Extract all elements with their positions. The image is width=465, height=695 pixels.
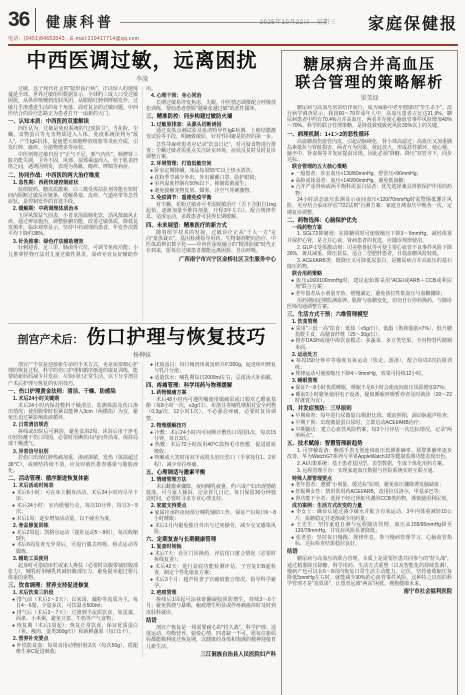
header-bottom-rule [8,44,458,46]
section-heading: 五、心理调适与激素平衡 [146,470,276,476]
article-paragraph: 高血糖损伤血管内皮，引起动脉硬化、肾小球高滤过；高血压又加重胰岛素抵抗与肾脏损害… [287,139,452,164]
sub-heading: 1. 饮食管理 [287,319,452,325]
bullet-item: ● 恢复期（术后1周起）：恢复正常饮食，保证优质蛋白（鱼、瘦肉、蛋类300g/日… [8,623,138,635]
article-allergy: 中西医调过敏，远离困扰 李凌 过敏，这个现代社会的"隐形流行病"，正以惊人的速度… [8,50,276,319]
bullet-item: ● 补铁防贫血：每周食用动物肝脏2次（每次50g），搭配维生素C促进吸收； [8,643,138,655]
bullet-item: ● 术后6小时：可在床上翻身活动，术后24小时内尽早下床； [8,490,138,502]
sub-heading: 成功案例：生活方式改变的力量 [287,503,452,509]
article-paragraph: 西医认为，过敏是免疫系统的"过度防卫"。当花粉、尘螨、食物蛋白等无害物质进入人体… [8,126,138,151]
section-heading: 五、技术赋能：智慧管理新趋势 [287,441,452,447]
article-paragraph: 长期过敏易伴发焦虑、失眠。中医情志调摄配合呼吸放松训练，帮助患者摆脱"越紧张越过… [146,100,276,112]
bullet-item: ● 术后6周复查无异常后，可进行腹式呼吸、桥式运动等锻炼。 [8,542,138,554]
article-body: 剖宫产不仅是迎接新生命的手术方式，更是需要精心护理的恢复过程。科学的伤口护理和循… [8,362,276,658]
article-paragraph: 术后48小时内可遵医嘱使用镇痛泵或口服对乙酰氨基酚（每8小时一次，≤3g/日）、… [146,397,276,422]
article-title-block: 糖尿病合并高血压 联合管理的策略解析 梁美绿 [287,56,452,102]
sub-heading: 联合用药策略 [287,271,452,277]
article-kicker: 剖宫产术后： [17,331,83,347]
sub-heading: 1. 复查时间轴 [146,544,276,550]
article-paragraph: 对尘螨、花粉过敏者可考虑脱敏治疗（舌下含服自1mg起始，逐渐加量至维持剂量，疗程… [146,202,276,221]
sub-heading: 2. 日常清洁规范 [8,422,138,428]
article-author: 梁美绿 [287,93,452,102]
sub-heading: 3. 免疫调节：重建免疫平衡 [146,195,276,201]
article-title-line: 剖宫产术后： 伤口护理与恢复技巧 [8,327,276,349]
bullet-item: ● 张老伯：坚持每日慢跑、规律作息，参与慢病管理学习，心脑血管指标、达标检查结果… [287,535,452,547]
section-heading: 一、认知本质：中西医的双重解读 [8,119,138,125]
bullet-item: ● 术后1月内避免独自外出与过度操劳，减少交叉感染风险。 [146,523,276,535]
bullet-item: ● 术后42天：进行盆底功能检测评估、子宫复旧B超检查，制定个性化康复方案； [146,564,276,576]
article-title-block: 剖宫产术后： 伤口护理与恢复技巧 杨柳妹 [8,327,276,359]
article-title-block: 中西医调过敏，远离困扰 李凌 [8,50,276,83]
bullet-item: ● 妊娠期女性：禁用常用药ACEI/ARB，改用拉贝洛尔、甲基多巴等； [287,489,452,495]
article-paragraph: 1. 可穿戴设备：腕部手表无创连续血压监测准确率、预警准确率逐步改善，华为Wat… [287,448,452,460]
bullet-item: ● 合并严重肾病或两平衡科需蛋白尿者：优先选择兼具肾脏保护作用的药物； [287,184,452,196]
article-diabetes-hypertension: 糖尿病合并高血压 联合管理的策略解析 梁美绿 糖尿病与高血压常常结伴而行，成为威… [281,50,458,695]
bullet-item: ● 李女士：确诊后通过减少碳水并配合有氧运动，3年内体重减轻15公斤，血糖稳定并… [287,509,452,521]
bullet-item: ● 家属应承担夜间部分哺乳辅助工作，保证产妇每日6～8小时睡眠； [146,510,276,522]
bullet-item: ● 排气前（术后1～2天）：以米汤、藕粉等流质为主，每日4～6餐，少量多次，可饮… [8,597,138,609]
sub-heading: 特殊人群管理要点 [287,476,452,482]
masthead-title: 家庭保健报 [368,11,458,34]
bullet-item: ● 老年患者从小剂量开始，缓慢滴定，避免体位性低血压与血糖骤降； [287,291,452,297]
bullet-item: ● 术后7天：社区门诊换药，评估伤口愈合情况（必要时拆线复查）； [146,551,276,563]
article-title: 中西医调过敏，远离困扰 [8,50,276,73]
article-paragraph: 若伤口出现红肿热痛加重、渗液渗脓、发热（体温超过38℃），或硬结持续不消，应及时… [8,455,138,474]
section-heading: 结语 [287,549,452,555]
bullet-item: ● 术后1周：逐步增加活动量，以不疲劳为度。 [8,516,138,522]
article-author: 杨柳妹 [8,350,276,359]
section-title: 健康科普 [46,12,114,32]
bullet-item: ● 早期干预：出现微量蛋白尿时，立即启动ACEI/ARB治疗； [287,420,452,426]
bullet-item: ● 优质蛋白：每日瘦肉鱼禽蛋奶共约300g，促进组织修复与乳汁分泌； [146,362,276,374]
sub-heading: 4. 心理干预：身心同治 [146,93,276,99]
article-title: 伤口护理与恢复技巧 [86,327,266,349]
article-paragraph: 糖尿病与高血压的联合管理，本质上是需要医患共同参与的"持久战"。通过精准降压降糖… [287,556,452,587]
bullet-item: ● 每周150分钟中等强度有氧运动（快走、游泳），配合每周2次抗阻训练； [287,358,452,370]
page-header: 36 健康科普 2025年10月22日 星期三 家庭保健报 [8,8,458,34]
section-heading: 六、定期复查与长期健康管理 [146,537,276,543]
bullet-item: ● 老年患者：遵循"小剂量、缓达标"原则，避免血压骤降诱发脑缺血； [287,482,452,488]
bullet-item: ● 保证7～8小时优质睡眠，睡眠不足6小时会使夜间血压风险增加37%； [287,385,452,391]
section-heading: 四、并发症预防：三早原则 [287,406,452,412]
sub-heading: 3. 针灸推拿：绿色疗法辅助增效 [8,239,138,245]
page-number: 36 [8,8,36,32]
bullet-item: ● 高龄或体弱者：血压<140/90mmHg，避免低血糖； [287,178,452,184]
section-heading: 三、饮食调理：营养支持促进修复 [8,583,138,589]
article-paragraph: 2. AI决策系统：基于患者基因型、表型数据，生成个体化用药方案。 [287,461,452,467]
article-title-line1: 糖尿病合并高血压 [287,56,452,74]
article-paragraph: 抗组胺药、糖皮质激素、白三烯受体拮抗剂等能在短时间内阻断过敏反应链条，缓解鼻塞、… [8,187,138,206]
sub-heading: 1. 药物镇痛方案 [146,390,276,396]
section-heading: 四、疼痛管理：科学用药与物理缓解 [146,383,276,389]
bullet-item: ● 血压≥160/100mmHg时，建议起始即采用"ACEI或ARB＋CCB或利… [287,278,452,290]
sub-heading: 联合管理的五大核心策略 [287,164,452,170]
sub-heading: 1. 过敏原排查：从源头切断诱因 [146,122,276,128]
bullet-item: ● 卧室定期除螨，床品每周55℃以上热水清洗； [146,168,276,174]
article-paragraph: 随着组学技术的发展，过敏诊疗正从"千人一方"走向"量体裁衣"。基因检测指导用药、… [146,230,276,255]
bullet-item: ● 排气后（术后3～7天）：过渡到半流质饮食，如蛋羹、面条、小米粥，避免豆浆、牛… [8,610,138,622]
article-paragraph: 用药期间定期监测血钾、肌酐与血糖变化，切勿自行停药换药，与随诊医师沟通调整方案。 [287,298,452,310]
article-paragraph: 术后雌激素骤降、夜间哺乳疲惫，约六成产妇出现情绪低落。可与家人倾诉、记录育儿日记… [146,484,276,503]
sub-heading: 2. 物理缓解技巧 [146,423,276,429]
bullet-item: ● 早期随访：建立心血管风险档案，每3个月评估一次达标情况，记录"两率两点"。 [287,427,452,439]
sub-heading: 2. 环境管理：打造低敏空间 [146,161,276,167]
section-heading: 二、药物选择：心脑保护优先 [287,218,452,224]
section-heading: 三、生活方式干预：六维管理模型 [287,312,452,318]
sub-heading: 1. 术后活动时间表 [8,483,138,489]
bullet-item: ● 适量饮水：哺乳期每日2000ml左右，忌浓汤大补油腻。 [146,375,276,381]
sub-heading: 3. 辅助工具使用 [8,556,138,562]
newspaper-page: 36 健康科普 2025年10月22日 星期三 家庭保健报 电话：(0451)8… [0,0,465,695]
article-paragraph: 术后24小时内保持敷料干燥清洁，监测体温及伤口渗出情况；使用腹带时松紧以能伸入3… [8,403,138,422]
article-paragraph: 通过皮肤点刺试验及血清特异性IgE检测、上睑结膜激发试验等手段，明确致敏原，针对… [146,128,276,140]
article-attribution: 广西南宁市兴宁区金桥社区卫生服务中心 [146,257,276,263]
left-column-zone: 中西医调过敏，远离困扰 李凌 过敏，这个现代社会的"隐形流行病"，正以惊人的速度… [8,50,276,695]
sub-heading: 1. 情绪管理方法 [146,477,276,483]
article-paragraph: 剖宫产不仅是迎接新生命的手术方式，更是需要精心护理的恢复过程。科学的伤口护理和循… [8,362,138,387]
section-heading: 一、病理机制：1+1＞2的恶性循环 [287,132,452,138]
sub-heading: 2. 缓解期：中药调理体质治本 [8,206,138,212]
article-paragraph: 1. SGLT2抑制剂：在降糖同时可使收缩压下降3～5mmHg，减轻体重并保护心… [287,231,452,243]
bullet-item: ● 睡前2小时避免使用电子设备，疑似睡眠呼吸暂停者及时就诊（20～22时就寝为宜… [287,392,452,404]
article-paragraph: 剖宫产恢复是一场需要耐心的"持久战"。科学护理、适度运动、均衡营养、愉悦心情，四… [146,625,276,650]
article-body: 过敏，这个现代社会的"隐形流行病"，正以惊人的速度蔓延全球。世界过敏组织数据显示… [8,86,276,319]
sub-heading: 2. 骨盆修复训练 [8,523,138,529]
bullet-item: ● 肾功能不全者：选择不经过肾脏代谢的CCB类药物，谨慎使用利尿剂。 [287,496,452,502]
section-heading: 三、精准防控：同步构建过敏防火墙 [146,114,276,120]
article-paragraph: 3. 远程管理平台：实现家庭血压数据与医院系统实时互联互通。 [287,468,452,474]
section-heading: 四、未来展望：精准医疗的新方式 [146,223,276,229]
article-divider [8,323,276,324]
bullet-item: ● 推荐DASH或地中海饮食模式：多蔬菜、多豆类坚果、全谷物替代精制米面。 [287,338,452,350]
article-attribution: 南宁市社会福利医院 [287,589,452,595]
article-paragraph: 玉屏风散益气固表，小青龙汤温肺化饮，消风散疏风止痒。通过辨证施治，调整脏腑功能，… [8,213,138,238]
date-text: 2025年10月22日 星期三 [260,17,336,26]
article-paragraph: 急性荨麻疹患者应记录"饮食日记"，对可疑食物进行排查；尘螨过敏者需重点关注卧室环… [146,142,276,161]
article-paragraph: 2. GLP-1受体激动剂：司美格鲁肽等可使主要心血管不良事件风险下降26%，兼… [287,245,452,257]
sub-heading: 1. 术后饮食三阶段 [8,590,138,596]
bullet-item: ● 术后3个月：超声检查子宫瘢痕愈合情况，指导科学避孕。 [146,577,276,589]
bullet-item: ● 室内湿度控制在50%以下，抑制霉菌滋生； [146,181,276,187]
article-paragraph: 过敏，这个现代社会的"隐形流行病"，正以惊人的速度蔓延全球。世界过敏组织数据显示… [8,86,138,117]
section-heading: 二、活动管理：循序渐进恢复体能 [8,476,138,482]
bullet-item: ● 避免接触宠物皮屑、烟雾、冷空气等刺激物。 [146,188,276,194]
sub-heading: 2. 疤痕管理 [146,590,276,596]
article-attribution: 三江侗族自治县人民医院妇产科 [146,652,276,658]
bullet-item: ● 咳嗽或大笑时用双手或枕头轻压伤口（手掌按住1、2章程），减少牵拉疼痛。 [146,455,276,467]
sub-heading: 1. 术后24小时关键期 [8,396,138,402]
section-heading: 一、伤口护理黄金法则：清洁、干燥、防感染 [8,389,138,395]
bullet-item: ● 术后24小时：室内缓慢行走，每次10分钟，每日3～5次； [8,503,138,515]
sub-heading: 3. 睡眠管理 [287,378,452,384]
bullet-item: ● 术后2周起：凯格尔运动（提肛运动5～8组），每次收缩5秒； [8,530,138,542]
bullet-item: ● 热敷：术后72小时改用40℃温热毛巾热敷，促进淤血吸收； [146,442,276,454]
article-paragraph: 糖尿病与高血压常常结伴而行，成为威胁中老年健康的"孪生杀手"。流行病学调查显示，… [287,105,452,130]
article-title-line2: 联合管理的策略解析 [287,74,452,92]
article-paragraph: 中医则将过敏归因于"正气不足，邪气内伏"。肺脾肾三脏功能失调，卫外不固，风邪、湿… [8,152,138,171]
sub-heading: 3. 异常信号识别 [8,449,138,455]
bullet-item: ● 规律运动可使收缩压下降4～9mmHg，效果可持续12小时。 [287,371,452,377]
bullet-item: ● 采用"三低一高"饮食：低盐（<5g/日）、低脂（饱和脂肪<7%）、低升糖指数… [287,326,452,338]
sub-heading: 2. 家庭支持要点 [146,503,276,509]
section-heading: 结语 [146,618,276,624]
section-heading: 二、协同作战：中西医的两大治疗维度 [8,173,138,179]
sub-heading: 2. 运动处方 [287,352,452,358]
bullet-item: ● 早期筛查：每年进行尿微量白/肌酐比值、眼底照相、颈动脉超声检查； [287,413,452,419]
bullet-item: ● 一般患者：诊室血压<130/80mmHg，舒张压<90mmHg； [287,171,452,177]
right-column-zone: 糖尿病合并高血压 联合管理的策略解析 梁美绿 糖尿病与高血压常常结伴而行，成为威… [281,50,458,695]
article-author: 李凌 [8,74,276,83]
bullet-item: ● 王先生：坚持家庭自测与远程随访管理，血压从155/95mmHg降至120/7… [287,522,452,534]
article-body: 糖尿病与高血压常常结伴而行，成为威胁中老年健康的"孪生杀手"。流行病学调查显示，… [287,105,452,695]
contact-line: 电话：(0451)84653043 E-mail:219417714@qq.co… [8,35,458,42]
article-paragraph: 24小时动态血压监测显示夜间血压<120/70mmHg时需警惕低灌注风险，更应结… [287,197,452,215]
article-paragraph: 拆线后1周起可涂抹硅酮凝胶预防增生，持续3～6个月；避免抓挠与暴晒，瘢痕增生明显… [146,597,276,616]
article-paragraph: 拆线或出院后可淋浴，避免盆浴2周；沐浴后用干净毛巾轻轻蘸干伤口周围，必要时用碘伏… [8,429,138,448]
page-content: 中西医调过敏，远离困扰 李凌 过敏，这个现代社会的"隐形流行病"，正以惊人的速度… [8,50,458,695]
bullet-item: ● 花粉季节减少外出，外出佩戴口罩、防护眼镜； [146,175,276,181]
bullet-item: ● 冷敷：术后24小时内可间断冷敷伤口周围1次，每次15分钟，每日3次； [146,430,276,442]
sub-heading: 1. 急性期：西药快速控制症状 [8,180,138,186]
article-cesarean: 剖宫产术后： 伤口护理与恢复技巧 杨柳妹 剖宫产不仅是迎接新生命的手术方式，更是… [8,327,276,658]
sub-heading: 2. 营养补充要点 [8,636,138,642]
article-paragraph: 3. ACEI/ARB类：既降压又可降低尿蛋白，是糖尿病合并高血压的基石降压药物… [287,258,452,270]
article-paragraph: 起身时可借助床栏或家人搀扶（必要时以腹带减轻腹部张力），哺乳时用哺乳枕减轻腹部压… [8,563,138,582]
